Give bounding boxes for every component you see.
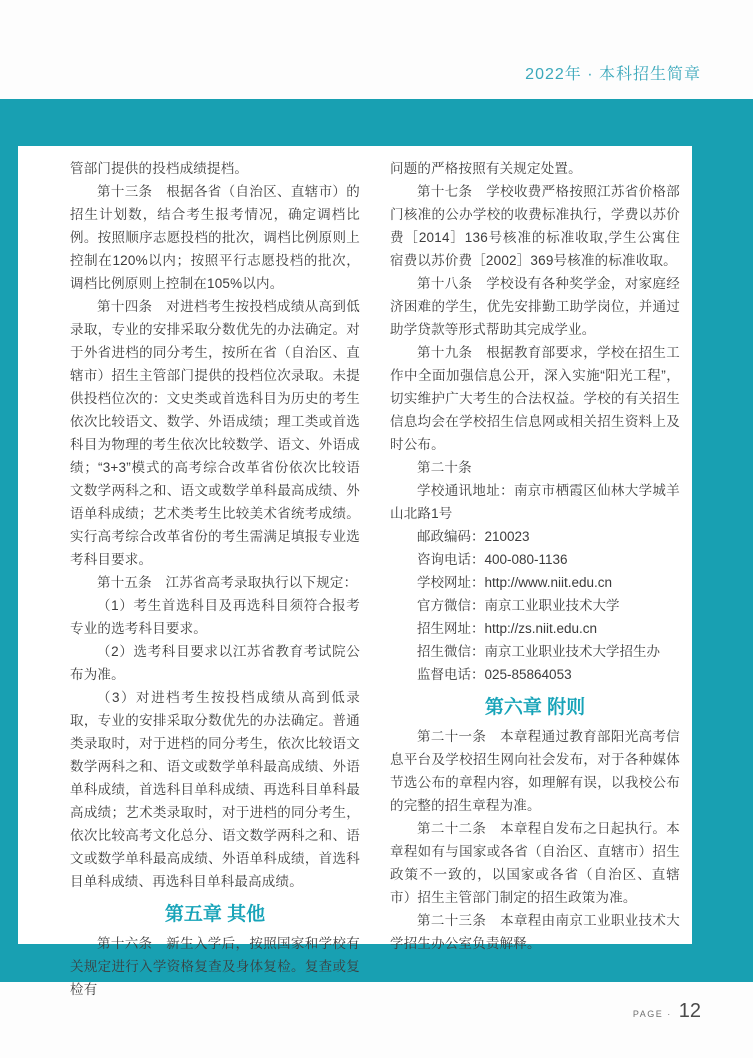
paragraph-article-15: 第十五条 江苏省高考录取执行以下规定： [70, 571, 360, 594]
paragraph-article-17: 第十七条 学校收费严格按照江苏省价格部门核准的公办学校的收费标准执行，学费以苏价… [390, 180, 680, 272]
document-page: 2022年 · 本科招生简章 管部门提供的投档成绩提档。 第十三条 根据各省（自… [0, 0, 753, 1058]
paragraph-article-20: 第二十条 [390, 456, 680, 479]
paragraph-article-15-item-1: （1）考生首选科目及再选科目须符合报考专业的选考科目要求。 [70, 594, 360, 640]
paragraph-article-21: 第二十一条 本章程通过教育部阳光高考信息平台及学校招生网向社会发布，对于各种媒体… [390, 725, 680, 817]
paragraph-article-18: 第十八条 学校设有各种奖学金，对家庭经济困难的学生，优先安排勤工助学岗位，并通过… [390, 272, 680, 341]
paragraph-article-13: 第十三条 根据各省（自治区、直辖市）的招生计划数，结合考生报考情况，确定调档比例… [70, 180, 360, 295]
footer-page-number: 12 [679, 1000, 701, 1023]
contact-line-supervision-phone: 监督电话：025-85864053 [390, 663, 680, 686]
paragraph-article-16: 第十六条 新生入学后，按照国家和学校有关规定进行入学资格复查及身体复检。复查或复… [70, 932, 360, 1001]
paragraph-article-15-item-3: （3）对进档考生按投档成绩从高到低录取，专业的安排采取分数优先的办法确定。普通类… [70, 686, 360, 893]
section-heading-chapter-6: 第六章 附则 [390, 695, 680, 721]
paragraph-article-19: 第十九条 根据教育部要求，学校在招生工作中全面加强信息公开，深入实施“阳光工程”… [390, 341, 680, 456]
paragraph-continued: 问题的严格按照有关规定处置。 [390, 157, 680, 180]
contact-line-admission-website: 招生网址：http://zs.niit.edu.cn [390, 617, 680, 640]
paragraph-article-14: 第十四条 对进档考生按投档成绩从高到低录取，专业的安排采取分数优先的办法确定。对… [70, 295, 360, 571]
two-column-layout: 管部门提供的投档成绩提档。 第十三条 根据各省（自治区、直辖市）的招生计划数，结… [18, 146, 692, 1001]
column-left: 管部门提供的投档成绩提档。 第十三条 根据各省（自治区、直辖市）的招生计划数，结… [70, 157, 360, 1001]
paragraph-article-22: 第二十二条 本章程自发布之日起执行。本章程如有与国家或各省（自治区、直辖市）招生… [390, 817, 680, 909]
section-heading-chapter-5: 第五章 其他 [70, 902, 360, 928]
contact-line-official-wechat: 官方微信：南京工业职业技术大学 [390, 594, 680, 617]
page-footer: PAGE · 12 [633, 1000, 701, 1023]
contact-line-address: 学校通讯地址：南京市栖霞区仙林大学城羊山北路1号 [390, 479, 680, 525]
paragraph-article-23: 第二十三条 本章程由南京工业职业技术大学招生办公室负责解释。 [390, 909, 680, 955]
footer-page-label: PAGE · [633, 1009, 672, 1019]
contact-line-postcode: 邮政编码：210023 [390, 525, 680, 548]
contact-line-school-website: 学校网址：http://www.niit.edu.cn [390, 571, 680, 594]
paragraph-continued: 管部门提供的投档成绩提档。 [70, 157, 360, 180]
content-panel: 管部门提供的投档成绩提档。 第十三条 根据各省（自治区、直辖市）的招生计划数，结… [18, 146, 692, 944]
contact-line-consult-phone: 咨询电话：400-080-1136 [390, 548, 680, 571]
column-right: 问题的严格按照有关规定处置。 第十七条 学校收费严格按照江苏省价格部门核准的公办… [390, 157, 680, 1001]
header-edition-title: 2022年 · 本科招生简章 [525, 61, 701, 84]
paragraph-article-15-item-2: （2）选考科目要求以江苏省教育考试院公布为准。 [70, 640, 360, 686]
contact-line-admission-wechat: 招生微信：南京工业职业技术大学招生办 [390, 640, 680, 663]
